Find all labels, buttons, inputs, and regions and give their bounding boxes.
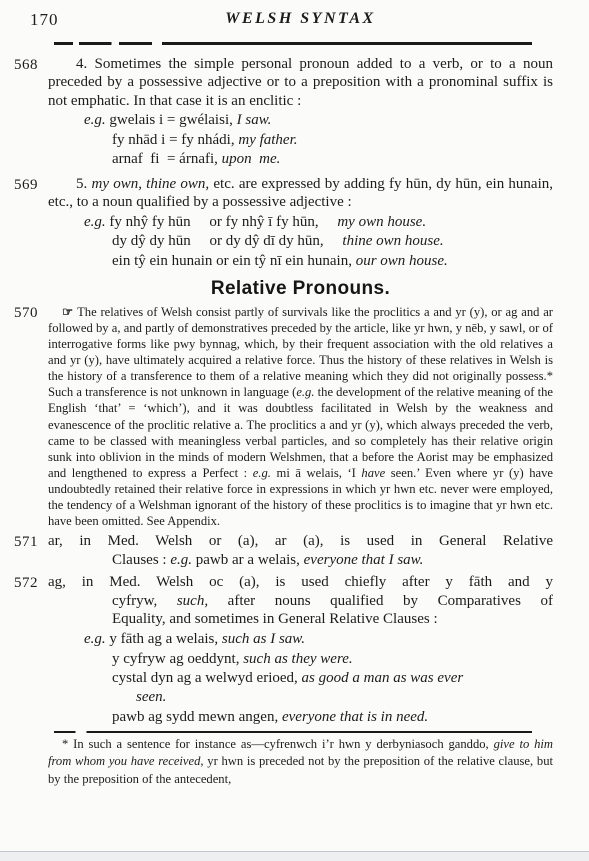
paragraph-570-text: ☞ The relatives of Welsh consist partly … xyxy=(48,304,553,529)
paragraph-568-text: 4. Sometimes the simple personal pronoun… xyxy=(48,55,553,111)
paragraph-569-examples: e.g. fy nhŷ fy hūn or fy nhŷ ī fy hūn, m… xyxy=(48,213,553,271)
book-page: 170 WELSH SYNTAX 568 4. Sometimes the si… xyxy=(0,0,589,861)
paragraph-number-568: 568 xyxy=(14,56,38,75)
paragraph-number-569: 569 xyxy=(14,176,38,195)
paragraph-571-lines: ar, in Med. Welsh or (a), ar (a), is use… xyxy=(48,532,553,570)
paragraph-568: 568 4. Sometimes the simple personal pro… xyxy=(48,55,553,170)
paragraph-number-572: 572 xyxy=(14,574,38,593)
paragraph-number-570: 570 xyxy=(14,305,38,321)
paragraph-569: 569 5. my own, thine own, etc. are expre… xyxy=(48,175,553,271)
header-rule xyxy=(54,42,532,45)
paragraph-572-examples: e.g. y fāth ag a welais, such as I saw.y… xyxy=(48,630,553,727)
paragraph-570: 570 ☞ The relatives of Welsh consist par… xyxy=(48,304,553,529)
paragraph-number-571: 571 xyxy=(14,533,38,552)
page-content: 170 WELSH SYNTAX 568 4. Sometimes the si… xyxy=(0,0,589,788)
section-heading: Relative Pronouns. xyxy=(48,278,553,300)
footnote-rule xyxy=(54,731,532,733)
paragraph-568-examples: e.g. gwelais i = gwélaisi, I saw.fy nhād… xyxy=(48,111,553,169)
paragraph-571: 571 ar, in Med. Welsh or (a), ar (a), is… xyxy=(48,532,553,570)
paragraph-572: 572 ag, in Med. Welsh oc (a), is used ch… xyxy=(48,573,553,727)
footnote: * In such a sentence for instance as—cyf… xyxy=(48,736,553,788)
scan-bottom-edge xyxy=(0,851,589,861)
running-title: WELSH SYNTAX xyxy=(48,10,553,28)
page-header: 170 WELSH SYNTAX xyxy=(48,8,553,34)
footnote-text: * In such a sentence for instance as—cyf… xyxy=(48,736,553,788)
paragraph-572-lines: ag, in Med. Welsh oc (a), is used chiefl… xyxy=(48,573,553,629)
paragraph-569-text: 5. my own, thine own, etc. are expressed… xyxy=(48,175,553,212)
